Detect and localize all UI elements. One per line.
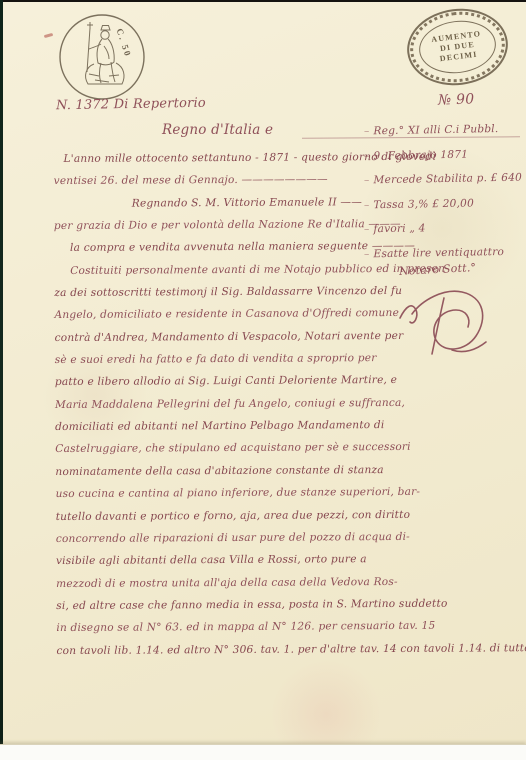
deed-line: tutello davanti e portico e forno, aja, …	[56, 503, 401, 527]
deed-line: Costituiti personalmente avanti di me No…	[54, 258, 399, 282]
deed-line: Castelruggiare, che stipulano ed acquist…	[55, 436, 400, 460]
document-title: Regno d'Italia e	[162, 122, 273, 138]
deed-line: uso cucina e cantina al piano inferiore,…	[55, 481, 400, 505]
deed-line: con tavoli lib. 1.14. ed altro N° 306. t…	[56, 638, 401, 662]
scan-edge-bottom	[0, 744, 526, 760]
ink-smudge	[44, 33, 53, 38]
deed-line: concorrendo alle riparazioni di usar pur…	[56, 526, 401, 550]
deed-line: la compra e vendita avvenuta nella manie…	[54, 235, 399, 259]
deed-line: si, ed altre case che fanno media in ess…	[56, 593, 401, 617]
deed-line: in disegno se al N° 63. ed in mappa al N…	[56, 615, 401, 639]
repertory-number: N. 1372 Di Repertorio	[56, 96, 206, 114]
scanned-document-page: C. 50 AUMENTO DI DUE DECIMI N. 1372 Di R…	[0, 0, 526, 760]
deed-line: domiciliati ed abitanti nel Martino Pelb…	[55, 414, 400, 438]
act-number: № 90	[438, 91, 475, 108]
deed-line: visibile agli abitanti della casa Villa …	[56, 548, 401, 572]
oval-aumento-stamp: AUMENTO DI DUE DECIMI	[403, 3, 513, 91]
deed-body-text: L'anno mille ottocento settantuno - 1871…	[53, 146, 401, 662]
deed-line: contrà d'Andrea, Mandamento di Vespacolo…	[55, 325, 400, 349]
deed-line: nominatamente della casa d'abitazione co…	[55, 459, 400, 483]
italia-allegory-icon	[57, 12, 147, 102]
fill-dash: –	[364, 125, 370, 137]
notary-signature-flourish	[392, 280, 502, 369]
deed-line: patto e libero allodio ai Sig. Luigi Can…	[55, 369, 400, 393]
scan-edge-top	[0, 0, 526, 2]
deed-line: ventisei 26. del mese di Gennajo. ——————…	[54, 168, 399, 192]
deed-line: L'anno mille ottocento settantuno - 1871…	[53, 146, 398, 170]
deed-line: Angelo, domiciliato e residente in Casan…	[54, 302, 399, 326]
deed-line: per grazia di Dio e per volontà della Na…	[54, 213, 399, 237]
deed-line: za dei sottoscritti testimonj il Sig. Ba…	[54, 280, 399, 304]
margin-note: –Reg.° XI alli C.i Pubbl.	[364, 117, 524, 144]
deed-line: sè e suoi eredi ha fatto e fa dato di ve…	[55, 347, 400, 371]
scan-edge-left	[0, 0, 3, 745]
deed-line: Regnando S. M. Vittorio Emanuele II ——	[54, 191, 399, 215]
deed-line: Maria Maddalena Pellegrini del fu Angelo…	[55, 392, 400, 416]
round-tax-stamp: C. 50	[57, 12, 147, 102]
deed-line: mezzodì di e mostra unita all'aja della …	[56, 570, 401, 594]
